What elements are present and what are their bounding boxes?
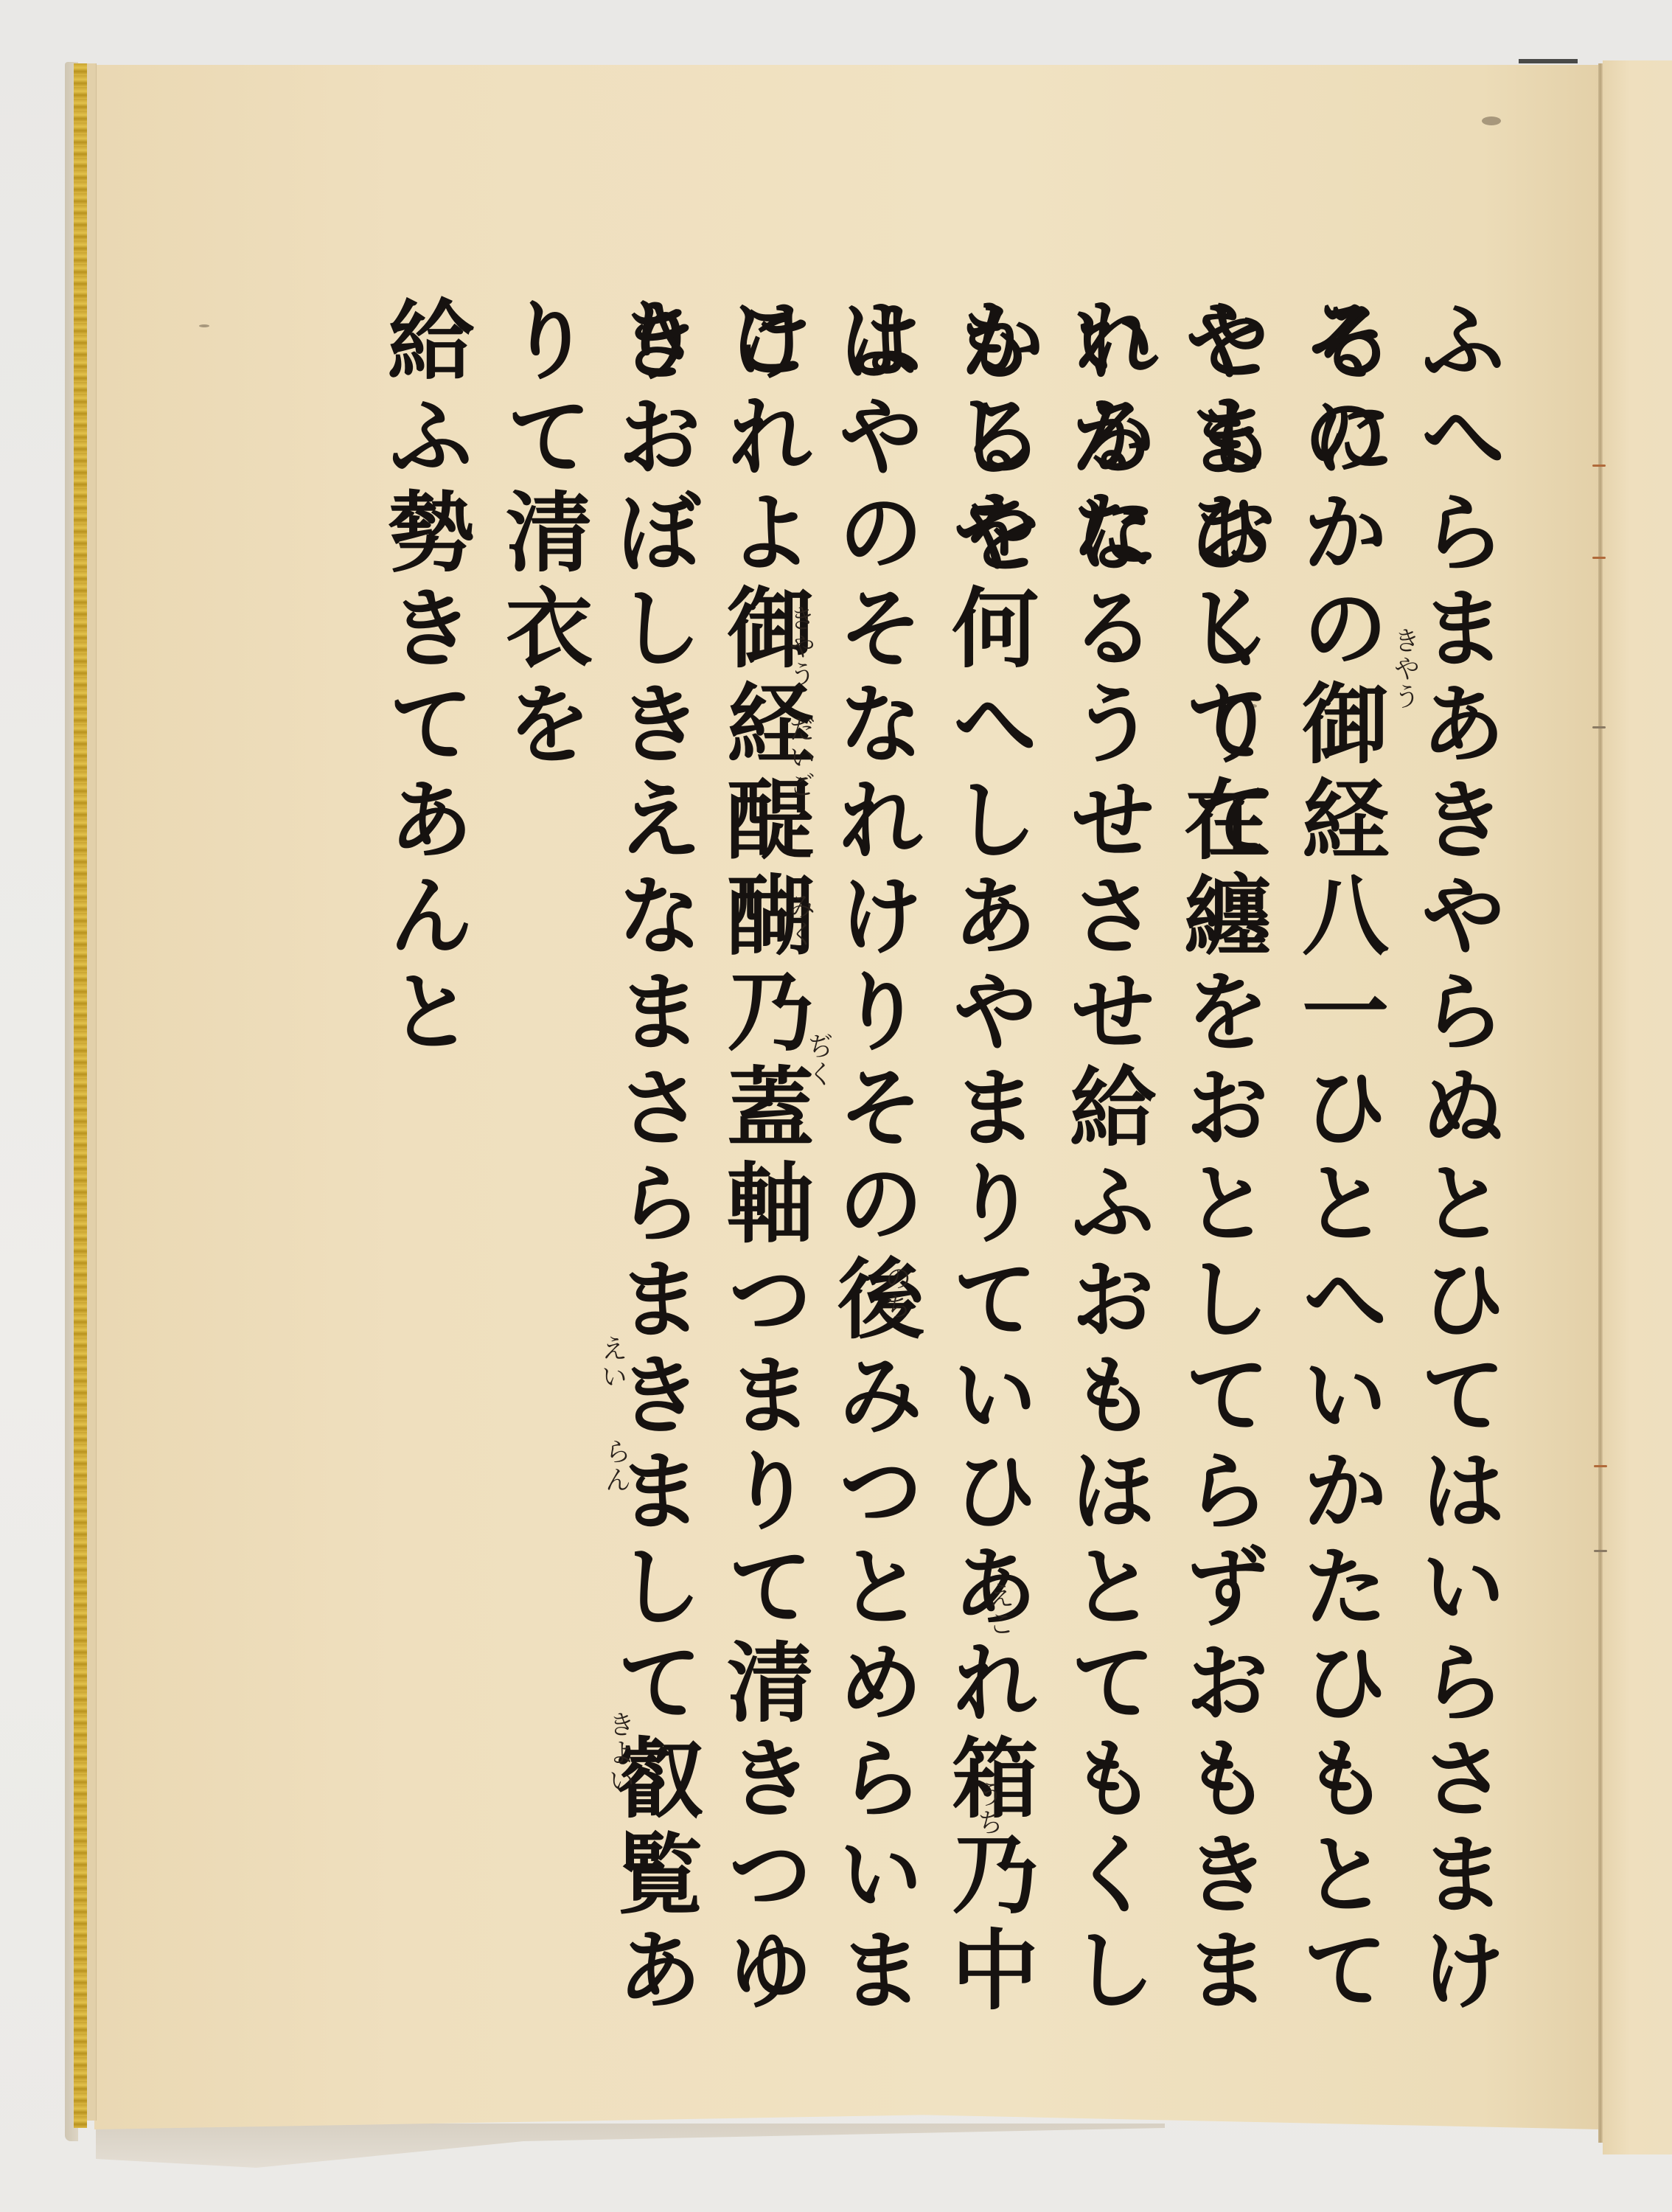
ruby-annotation: きやう	[785, 605, 815, 689]
ruby-annotation: のち	[881, 1265, 910, 1321]
gilt-page-edge	[74, 63, 87, 2128]
ruby-annotation: らん	[601, 1438, 630, 1494]
right-page-edge	[1603, 60, 1672, 2154]
stitch-hole	[1594, 1550, 1607, 1552]
stitch-hole	[1592, 726, 1606, 728]
ruby-annotation: だいご	[785, 715, 815, 799]
calligraphy-text-block: ふへらまあきやらぬとひてはいらさまけるに そのかの御経八一ひとへいかたひもとてと…	[354, 295, 1548, 2050]
ruby-annotation: ぢく	[804, 1032, 833, 1088]
ruby-annotation: えこ	[984, 1582, 1014, 1638]
text-column-6: はやのそなれけりその後みつとめらいまけ	[818, 295, 929, 2050]
spine-shadow	[1519, 59, 1578, 63]
page-fold-strip	[87, 63, 97, 2121]
text-column-9: 給ふ勢きてあんと	[369, 295, 479, 2050]
text-column-7: これよ御経醍醐乃蓋軸つまりて清きつゆり	[708, 295, 818, 2050]
text-column-3: やまひして在纏をおとしてらずおもきまれるに	[1165, 295, 1275, 2050]
ruby-annotation: えい	[597, 1335, 627, 1391]
paper-stain	[1482, 116, 1501, 125]
text-column-1: ふへらまあきやらぬとひてはいらさまけるに	[1401, 295, 1511, 2050]
stitch-hole	[1592, 465, 1606, 467]
paper-speck	[199, 324, 209, 327]
stitch-hole	[1594, 1465, 1607, 1467]
text-column-4: いかなるうせさせ給ふおもほとてもくしかるを	[1051, 295, 1161, 2050]
ruby-annotation: みく	[785, 892, 815, 948]
ruby-annotation: うち	[973, 1781, 1003, 1837]
ruby-annotation: きやう	[1390, 627, 1419, 711]
ruby-annotation: きよい	[605, 1711, 634, 1795]
text-column-2: そのかの御経八一ひとへいかたひもとてともおくりて	[1283, 295, 1393, 2050]
stitch-hole	[1592, 557, 1606, 559]
